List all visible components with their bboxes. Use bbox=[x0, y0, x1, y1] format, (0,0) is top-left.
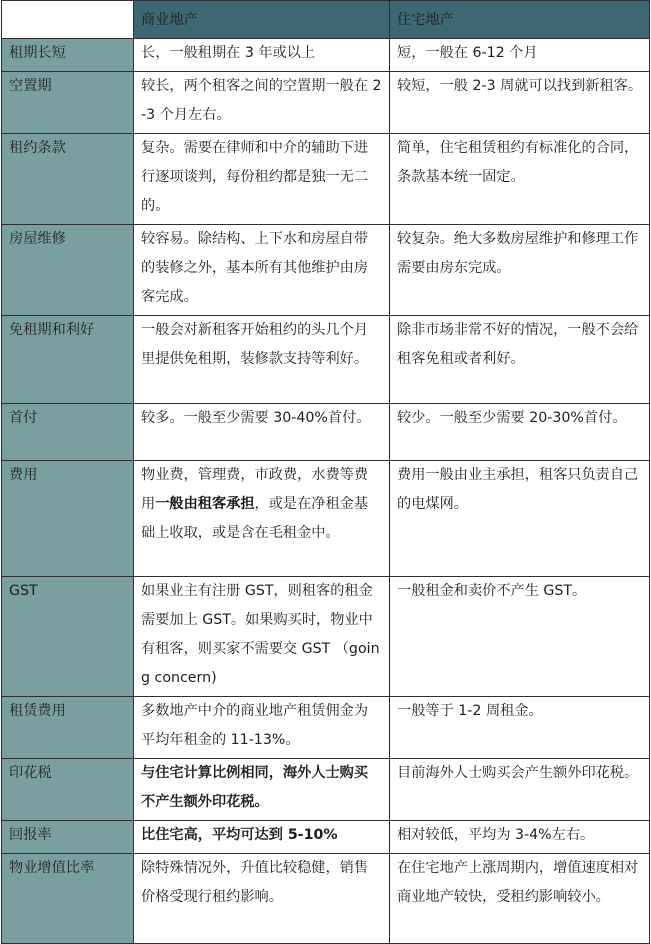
row-label: 房屋维修 bbox=[2, 225, 134, 316]
row-label: 印花税 bbox=[2, 759, 134, 821]
table-row: 免租期和利好 一般会对新租客开始租约的头几个月里提供免租期，装修款支持等利好。 … bbox=[2, 316, 650, 404]
table-row: 租赁费用 多数地产中介的商业地产租赁佣金为平均年租金的 11-13%。 一般等于… bbox=[2, 697, 650, 759]
row-label: 物业增值比率 bbox=[2, 854, 134, 894]
table-row: 物业增值比率 除特殊情况外，升值比较稳健，销售价格受现行租约影响。 在住宅地产上… bbox=[2, 854, 650, 894]
column-header-commercial: 商业地产 bbox=[134, 1, 390, 39]
row-label: 回报率 bbox=[2, 821, 134, 854]
table-row: GST 如果业主有注册 GST，则租客的租金需要加上 GST。如果购买时，物业中… bbox=[2, 577, 650, 697]
commercial-cell: 与住宅计算比例相同，海外人士购买不产生额外印花税。 bbox=[134, 759, 390, 821]
table-row: 费用 物业费，管理费，市政费，水费等费用一般由租客承担，或是在净租金基础上收取，… bbox=[2, 461, 650, 577]
commercial-cell: 除特殊情况外，升值比较稳健，销售价格受现行租约影响。 bbox=[134, 854, 390, 894]
residential-cell: 除非市场非常不好的情况，一般不会给租客免租或者利好。 bbox=[390, 316, 650, 404]
residential-cell: 较少。一般至少需要 20-30%首付。 bbox=[390, 404, 650, 461]
commercial-cell: 较长，两个租客之间的空置期一般在 2-3 个月左右。 bbox=[134, 72, 390, 134]
bold-text-segment: 一般由租客承担 bbox=[155, 496, 254, 512]
residential-cell: 费用一般由业主承担，租客只负责自己的电煤网。 bbox=[390, 461, 650, 577]
residential-cell: 一般租金和卖价不产生 GST。 bbox=[390, 577, 650, 697]
row-label: 租期长短 bbox=[2, 39, 134, 72]
row-label: 租赁费用 bbox=[2, 697, 134, 759]
commercial-cell: 复杂。需要在律师和中介的辅助下进行逐项谈判，每份租约都是独一无二的。 bbox=[134, 134, 390, 225]
commercial-cell: 长，一般租期在 3 年或以上 bbox=[134, 39, 390, 72]
row-label: 首付 bbox=[2, 404, 134, 461]
commercial-cell: 多数地产中介的商业地产租赁佣金为平均年租金的 11-13%。 bbox=[134, 697, 390, 759]
residential-cell: 较短，一般 2-3 周就可以找到新租客。 bbox=[390, 72, 650, 134]
commercial-cell: 较容易。除结构、上下水和房屋自带的装修之外，基本所有其他维护由房客完成。 bbox=[134, 225, 390, 316]
residential-cell: 一般等于 1-2 周租金。 bbox=[390, 697, 650, 759]
row-label: 费用 bbox=[2, 461, 134, 577]
table-row: 空置期 较长，两个租客之间的空置期一般在 2-3 个月左右。 较短，一般 2-3… bbox=[2, 72, 650, 134]
row-label: GST bbox=[2, 577, 134, 697]
residential-cell: 短，一般在 6-12 个月 bbox=[390, 39, 650, 72]
residential-cell: 较复杂。绝大多数房屋维护和修理工作需要由房东完成。 bbox=[390, 225, 650, 316]
residential-cell: 目前海外人士购买会产生额外印花税。 bbox=[390, 759, 650, 821]
table-row: 印花税 与住宅计算比例相同，海外人士购买不产生额外印花税。 目前海外人士购买会产… bbox=[2, 759, 650, 821]
table-body: 租期长短 长，一般租期在 3 年或以上 短，一般在 6-12 个月 空置期 较长… bbox=[2, 39, 650, 894]
residential-cell: 简单，住宅租赁租约有标准化的合同，条款基本统一固定。 bbox=[390, 134, 650, 225]
comparison-table: 商业地产 住宅地产 租期长短 长，一般租期在 3 年或以上 短，一般在 6-12… bbox=[1, 0, 650, 893]
residential-cell: 相对较低，平均为 3-4%左右。 bbox=[390, 821, 650, 854]
commercial-cell: 一般会对新租客开始租约的头几个月里提供免租期，装修款支持等利好。 bbox=[134, 316, 390, 404]
commercial-cell: 较多。一般至少需要 30-40%首付。 bbox=[134, 404, 390, 461]
table-row: 租约条款 复杂。需要在律师和中介的辅助下进行逐项谈判，每份租约都是独一无二的。 … bbox=[2, 134, 650, 225]
table-row: 租期长短 长，一般租期在 3 年或以上 短，一般在 6-12 个月 bbox=[2, 39, 650, 72]
row-label: 空置期 bbox=[2, 72, 134, 134]
commercial-cell: 物业费，管理费，市政费，水费等费用一般由租客承担，或是在净租金基础上收取，或是含… bbox=[134, 461, 390, 577]
row-label: 租约条款 bbox=[2, 134, 134, 225]
row-label: 免租期和利好 bbox=[2, 316, 134, 404]
table-row: 首付 较多。一般至少需要 30-40%首付。 较少。一般至少需要 20-30%首… bbox=[2, 404, 650, 461]
header-row: 商业地产 住宅地产 bbox=[2, 1, 650, 39]
column-header-residential: 住宅地产 bbox=[390, 1, 650, 39]
table-row: 回报率 比住宅高，平均可达到 5-10% 相对较低，平均为 3-4%左右。 bbox=[2, 821, 650, 854]
commercial-cell: 比住宅高，平均可达到 5-10% bbox=[134, 821, 390, 854]
residential-cell: 在住宅地产上涨周期内，增值速度相对商业地产较快，受租约影响较小。 bbox=[390, 854, 650, 894]
corner-cell bbox=[2, 1, 134, 39]
table-row: 房屋维修 较容易。除结构、上下水和房屋自带的装修之外，基本所有其他维护由房客完成… bbox=[2, 225, 650, 316]
commercial-cell: 如果业主有注册 GST，则租客的租金需要加上 GST。如果购买时，物业中有租客，… bbox=[134, 577, 390, 697]
